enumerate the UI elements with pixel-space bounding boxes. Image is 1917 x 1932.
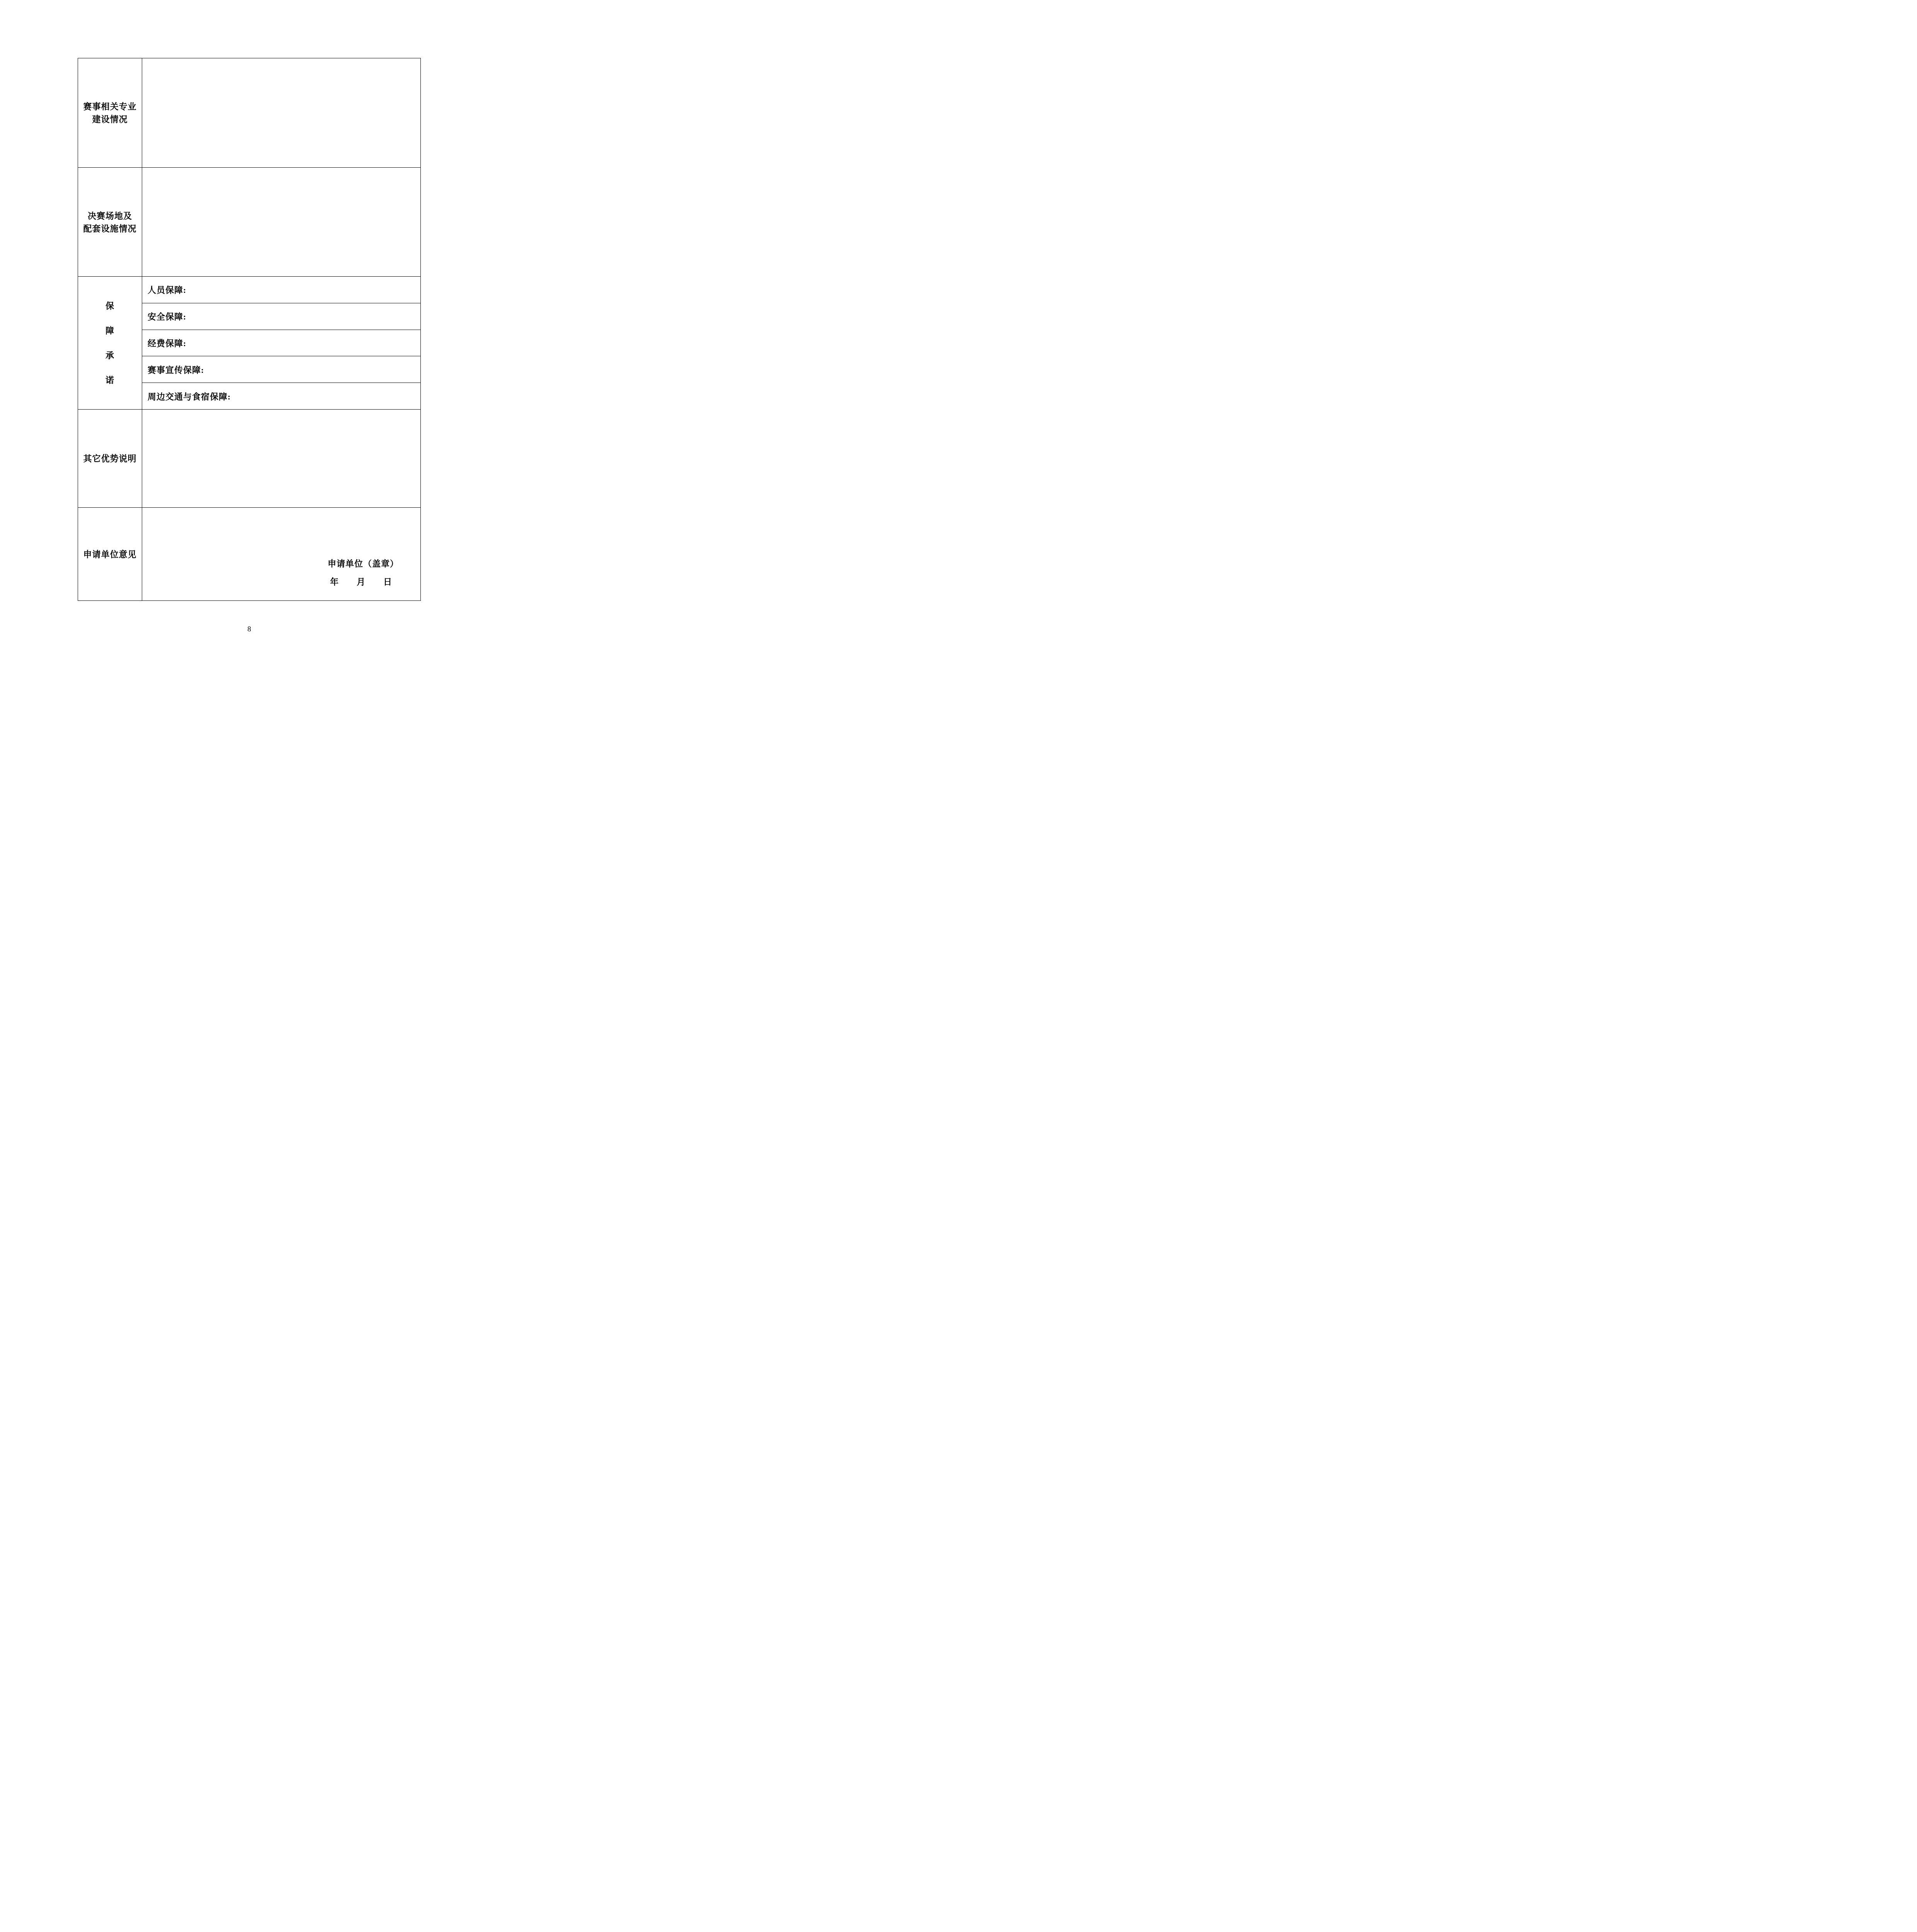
label-final-venue-facilities: 决赛场地及 配套设施情况 xyxy=(78,168,142,276)
guarantee-transport-lodging-label: 周边交通与食宿保障: xyxy=(148,390,231,402)
row-applicant-unit-opinion: 申请单位意见 申请单位（盖章） 年 月 日 xyxy=(78,507,420,600)
guarantee-publicity-row: 赛事宣传保障: xyxy=(142,356,420,383)
guarantee-personnel-label: 人员保障: xyxy=(148,284,186,296)
page-number: 8 xyxy=(78,625,421,634)
label-char: 诺 xyxy=(105,368,114,393)
guarantee-commitment-content-cell: 人员保障: 安全保障: 经费保障: 赛事宣传保障: 周边交通与食宿保障: xyxy=(142,277,420,409)
applicant-unit-opinion-content-cell: 申请单位（盖章） 年 月 日 xyxy=(142,508,420,600)
application-form-table: 赛事相关专业 建设情况 决赛场地及 配套设施情况 保 障 承 诺 人员保障: 安… xyxy=(78,58,421,601)
row-guarantee-commitment: 保 障 承 诺 人员保障: 安全保障: 经费保障: 赛事宣传保障: xyxy=(78,276,420,409)
guarantee-funding-row: 经费保障: xyxy=(142,330,420,356)
label-char: 障 xyxy=(105,318,114,343)
label-line: 决赛场地及 xyxy=(88,209,132,222)
label-guarantee-commitment: 保 障 承 诺 xyxy=(78,277,142,409)
label-line: 其它优势说明 xyxy=(83,452,136,465)
row-final-venue-facilities: 决赛场地及 配套设施情况 xyxy=(78,167,420,276)
row-other-advantages: 其它优势说明 xyxy=(78,409,420,507)
label-other-advantages: 其它优势说明 xyxy=(78,410,142,507)
final-venue-facilities-content-cell xyxy=(142,168,420,276)
guarantee-transport-lodging-row: 周边交通与食宿保障: xyxy=(142,383,420,409)
other-advantages-content-cell xyxy=(142,410,420,507)
row-professional-construction: 赛事相关专业 建设情况 xyxy=(78,58,420,167)
label-char: 承 xyxy=(105,343,114,368)
label-applicant-unit-opinion: 申请单位意见 xyxy=(78,508,142,600)
guarantee-funding-label: 经费保障: xyxy=(148,337,186,349)
applicant-unit-seal-line: 申请单位（盖章） xyxy=(328,557,399,569)
label-line: 配套设施情况 xyxy=(83,222,136,235)
opinion-signature-block: 申请单位（盖章） 年 月 日 xyxy=(142,508,420,600)
guarantee-safety-label: 安全保障: xyxy=(148,310,186,322)
guarantee-sub-rows: 人员保障: 安全保障: 经费保障: 赛事宣传保障: 周边交通与食宿保障: xyxy=(142,277,420,409)
guarantee-publicity-label: 赛事宣传保障: xyxy=(148,364,204,376)
guarantee-safety-row: 安全保障: xyxy=(142,303,420,330)
guarantee-personnel-row: 人员保障: xyxy=(142,277,420,303)
label-char: 保 xyxy=(105,294,114,318)
professional-construction-content-cell xyxy=(142,58,420,167)
label-line: 建设情况 xyxy=(92,113,128,126)
date-line: 年 月 日 xyxy=(330,575,392,587)
label-line: 申请单位意见 xyxy=(83,548,136,561)
label-line: 赛事相关专业 xyxy=(83,100,136,113)
label-professional-construction: 赛事相关专业 建设情况 xyxy=(78,58,142,167)
